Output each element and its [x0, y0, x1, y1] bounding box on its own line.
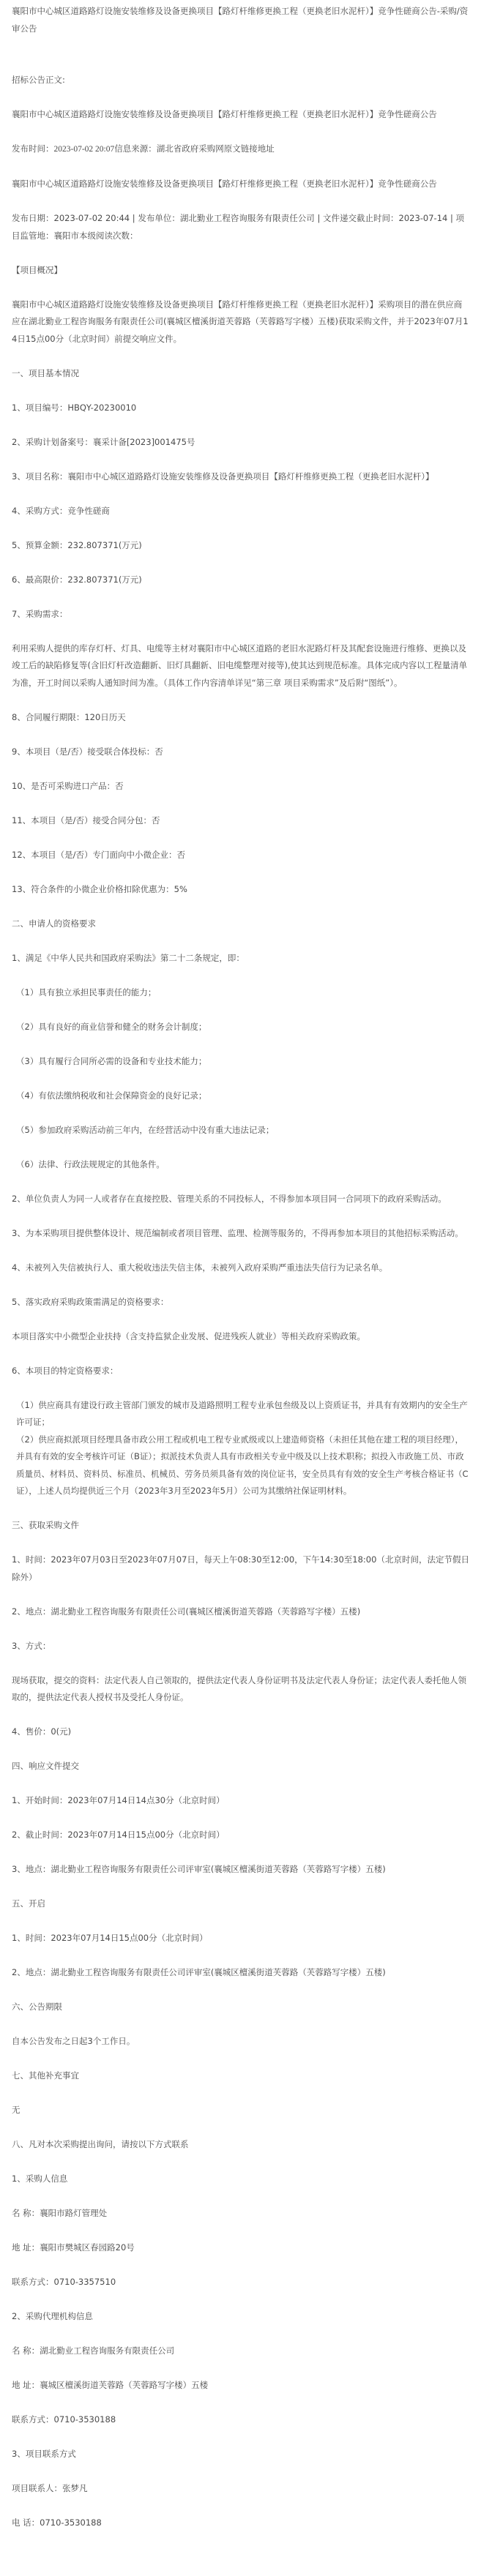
project-contact-heading: 3、项目联系方式: [12, 2446, 469, 2463]
submission-deadline: 2、截止时间：2023年07月14日15点00分（北京时间）: [12, 1827, 469, 1844]
qualification-sub-1: （1）具有独立承担民事责任的能力；: [12, 984, 469, 1002]
special-requirement-2: （2）供应商拟派项目经理具备市政公用工程或机电工程专业贰级或以上建造师资格（未担…: [12, 1431, 469, 1500]
policy-text: 本项目落实中小微型企业扶持（含支持监狱企业发展、促进残疾人就业）等相关政府采购政…: [12, 1328, 469, 1346]
special-requirement-1: （1）供应商具有建设行政主管部门颁发的城市及道路照明工程专业承包叁级及以上资质证…: [12, 1397, 469, 1431]
supplementary-text: 无: [12, 2102, 469, 2119]
announcement-page: 襄阳市中心城区道路路灯设施安装维修及设备更换项目【路灯杆维修更换工程（更换老旧水…: [0, 0, 481, 2576]
subcontracting: 11、本项目（是/否）接受合同分包：否: [12, 812, 469, 830]
purchaser-contact: 联系方式：0710-3357510: [12, 2274, 469, 2291]
import-products: 10、是否可采购进口产品：否: [12, 778, 469, 795]
purchaser-heading: 1、采购人信息: [12, 2171, 469, 2188]
obtain-time: 1、时间：2023年07月03日至2023年07月07日，每天上午08:30至1…: [12, 1551, 469, 1586]
original-link[interactable]: 原文链接地址: [224, 143, 275, 154]
consortium-bid: 9、本项目（是/否）接受联合体投标：否: [12, 744, 469, 761]
qualification-sub-6: （6）法律、行政法规规定的其他条件。: [12, 1156, 469, 1174]
agency-heading: 2、采购代理机构信息: [12, 2308, 469, 2326]
max-price: 6、最高限价：232.807371(万元): [12, 572, 469, 589]
publish-time-label: 发布时间：: [12, 143, 54, 154]
procurement-demand-label: 7、采购需求：: [12, 606, 469, 624]
agency-address: 地 址：襄城区檀溪街道芙蓉路（芙蓉路写字楼）五楼: [12, 2377, 469, 2395]
opening-location: 2、地点：湖北勤业工程咨询服务有限责任公司评审室(襄城区檀溪街道芙蓉路（芙蓉路写…: [12, 1964, 469, 1982]
overview-text: 襄阳市中心城区道路路灯设施安装维修及设备更换项目【路灯杆维修更换工程（更换老旧水…: [12, 296, 469, 348]
sme-discount: 13、符合条件的小微企业价格扣除优惠为：5%: [12, 881, 469, 899]
source-name: 湖北省政府采购网: [157, 143, 224, 154]
qualification-item-2: 2、单位负责人为同一人或者存在直接控股、管理关系的不同投标人，不得参加本项目同一…: [12, 1191, 469, 1208]
document-price: 4、售价：0(元): [12, 1723, 469, 1741]
obtain-method-text: 现场获取，提交的资料：法定代表人自己领取的，提供法定代表人身份证明书及法定代表人…: [12, 1672, 469, 1707]
meta-line: 发布日期：2023-07-02 20:44 | 发布单位：湖北勤业工程咨询服务有…: [12, 210, 469, 244]
opening-time: 1、时间：2023年07月14日15点00分（北京时间）: [12, 1930, 469, 1947]
sme-only: 12、本项目（是/否）专门面向中小微企业：否: [12, 847, 469, 864]
source-line: 发布时间：2023-07-02 20:07信息来源：湖北省政府采购网原文链接地址: [12, 141, 469, 159]
contract-period: 8、合同履行期限：120日历天: [12, 709, 469, 727]
agency-contact: 联系方式：0710-3530188: [12, 2411, 469, 2429]
purchaser-address: 地 址：襄阳市樊城区春园路20号: [12, 2239, 469, 2257]
notice-name: 襄阳市中心城区道路路灯设施安装维修及设备更换项目【路灯杆维修更换工程（更换老旧水…: [12, 106, 469, 124]
budget-amount: 5、预算金额：232.807371(万元): [12, 537, 469, 555]
page-title: 襄阳市中心城区道路路灯设施安装维修及设备更换项目【路灯杆维修更换工程（更换老旧水…: [12, 3, 469, 37]
qualification-item-3: 3、为本采购项目提供整体设计、规范编制或者项目管理、监理、检测等服务的，不得再参…: [12, 1225, 469, 1243]
section3-heading: 三、获取采购文件: [12, 1517, 469, 1535]
obtain-method-label: 3、方式：: [12, 1638, 469, 1655]
section1-heading: 一、项目基本情况: [12, 365, 469, 383]
project-contact-phone: 电 话：0710-3530188: [12, 2515, 469, 2532]
project-contact-person: 项目联系人：张梦凡: [12, 2480, 469, 2498]
section5-heading: 五、开启: [12, 1895, 469, 1913]
qualification-sub-2: （2）具有良好的商业信誉和健全的财务会计制度；: [12, 1019, 469, 1036]
qualification-sub-5: （5）参加政府采购活动前三年内，在经营活动中没有重大违法记录；: [12, 1122, 469, 1139]
section6-heading: 六、公告期限: [12, 1999, 469, 2016]
project-name: 3、项目名称：襄阳市中心城区道路路灯设施安装维修及设备更换项目【路灯杆维修更换工…: [12, 468, 469, 486]
source-label: 信息来源：: [114, 143, 157, 154]
section2-heading: 二、申请人的资格要求: [12, 916, 469, 933]
procurement-method: 4、采购方式：竞争性磋商: [12, 503, 469, 520]
notice-title-repeat: 襄阳市中心城区道路路灯设施安装维修及设备更换项目【路灯杆维修更换工程（更换老旧水…: [12, 176, 469, 193]
obtain-location: 2、地点：湖北勤业工程咨询服务有限责任公司(襄城区檀溪街道芙蓉路（芙蓉路写字楼）…: [12, 1603, 469, 1621]
qualification-sub-4: （4）有依法缴纳税收和社会保障资金的良好记录；: [12, 1087, 469, 1105]
submission-location: 3、地点：湖北勤业工程咨询服务有限责任公司评审室(襄城区檀溪街道芙蓉路（芙蓉路写…: [12, 1861, 469, 1879]
purchaser-name: 名 称：襄阳市路灯管理处: [12, 2205, 469, 2223]
qualification-sub-3: （3）具有履行合同所必需的设备和专业技术能力；: [12, 1053, 469, 1071]
notice-period-text: 自本公告发布之日起3个工作日。: [12, 2033, 469, 2051]
qualification-item-6: 6、本项目的特定资格要求：: [12, 1363, 469, 1380]
qualification-item-1: 1、满足《中华人民共和国政府采购法》第二十二条规定，即：: [12, 950, 469, 967]
section8-heading: 八、凡对本次采购提出询问，请按以下方式联系: [12, 2136, 469, 2154]
procurement-demand-text: 利用采购人提供的库存灯杆、灯具、电缆等主材对襄阳市中心城区道路的老旧水泥路灯杆及…: [12, 640, 469, 692]
overview-heading: 【项目概况】: [12, 262, 469, 280]
section4-heading: 四、响应文件提交: [12, 1758, 469, 1775]
project-number: 1、项目编号：HBQY-20230010: [12, 400, 469, 417]
submission-start: 1、开始时间：2023年07月14日14点30分（北京时间）: [12, 1792, 469, 1810]
qualification-item-5: 5、落实政府采购政策需满足的资格要求：: [12, 1294, 469, 1311]
body-label: 招标公告正文:: [12, 72, 469, 89]
qualification-item-4: 4、未被列入失信被执行人、重大税收违法失信主体，未被列入政府采购严重违法失信行为…: [12, 1259, 469, 1277]
plan-record-number: 2、采购计划备案号：襄采计备[2023]001475号: [12, 434, 469, 452]
publish-time: 2023-07-02 20:07: [54, 145, 115, 154]
agency-name: 名 称：湖北勤业工程咨询服务有限责任公司: [12, 2343, 469, 2360]
